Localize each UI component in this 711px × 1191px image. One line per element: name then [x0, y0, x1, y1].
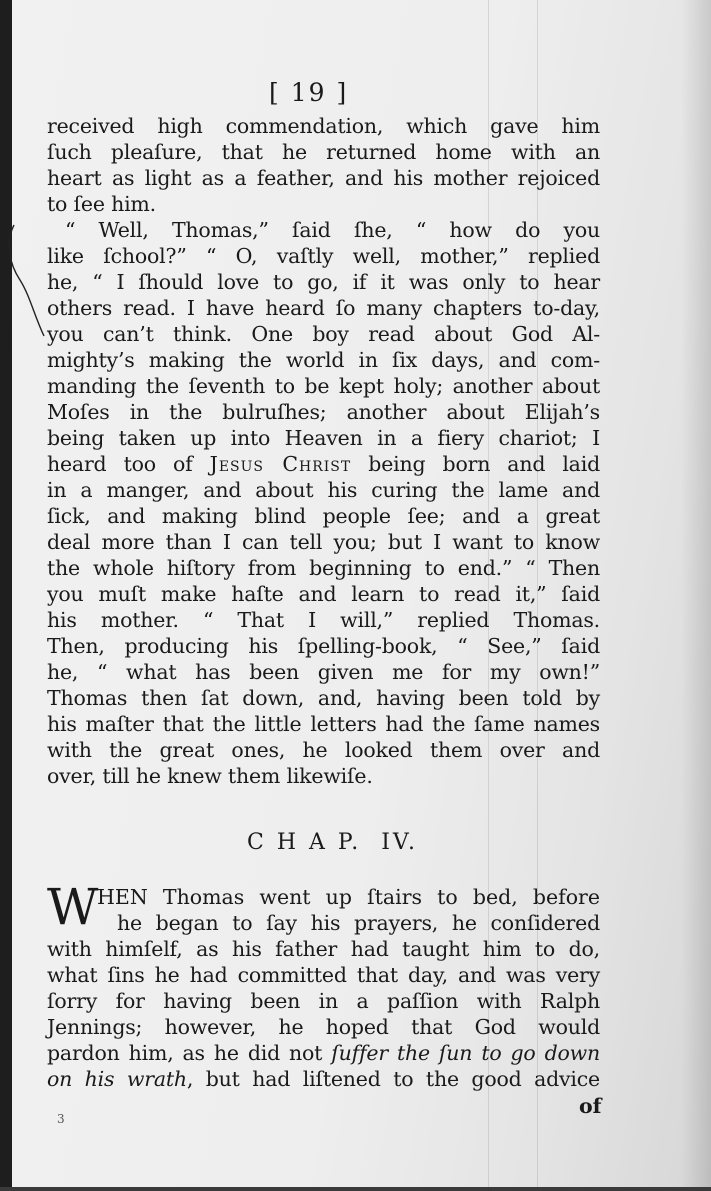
text-line: to ſee him.	[47, 191, 600, 217]
italic-quote: on his wrath	[47, 1067, 187, 1091]
catchword: of	[579, 1094, 602, 1118]
text-line: received high commendation, which gave h…	[47, 113, 600, 139]
signature-mark: 3	[57, 1112, 65, 1126]
text-run: heard too of	[47, 452, 210, 476]
text-line: heart as light as a feather, and his mot…	[47, 165, 600, 191]
text-line: you muſt make haſte and learn to read it…	[47, 581, 600, 607]
text-line: others read. I have heard ſo many chapte…	[47, 295, 600, 321]
text-line: on his wrath, but had liſtened to the go…	[47, 1066, 600, 1092]
text-line: ſick, and making blind people ſee; and a…	[47, 503, 600, 529]
text-line: Thomas then ſat down, and, having been t…	[47, 685, 600, 711]
jesus-christ-smallcaps: Jesus Christ	[210, 452, 352, 476]
scan-bottom-border	[0, 1187, 711, 1191]
text-line: he, “ I ſhould love to go, if it was onl…	[47, 269, 600, 295]
drop-cap: W	[47, 882, 98, 932]
text-run: being born and laid	[351, 452, 600, 476]
text-line: in a manger, and about his curing the la…	[47, 477, 600, 503]
scan-right-shadow	[681, 0, 711, 1191]
text-line: deal more than I can tell you; but I wan…	[47, 529, 600, 555]
text-line: Moſes in the bulruſhes; another about El…	[47, 399, 600, 425]
text-line: HEN Thomas went up ſtairs to bed, before	[97, 884, 600, 910]
text-line: manding the ſeventh to be kept holy; ano…	[47, 373, 600, 399]
text-line: his mother. “ That I will,” replied Thom…	[47, 607, 600, 633]
text-line: the whole hiſtory from beginning to end.…	[47, 555, 600, 581]
text-line: with himſelf, as his father had taught h…	[47, 936, 600, 962]
italic-quote: ſuffer the ſun to go down	[331, 1041, 600, 1065]
text-line: with the great ones, he looked them over…	[47, 737, 600, 763]
text-line: what ſins he had committed that day, and…	[47, 962, 600, 988]
text-line: like ſchool?” “ O, vaſtly well, mother,”…	[47, 243, 600, 269]
text-line: “ Well, Thomas,” ſaid ſhe, “ how do you	[47, 217, 600, 243]
page-number: [ 19 ]	[269, 78, 348, 107]
text-line: Jennings; however, he hoped that God wou…	[47, 1014, 600, 1040]
text-run: , but had liſtened to the good advice	[187, 1067, 600, 1091]
text-line: ſuch pleaſure, that he returned home wit…	[47, 139, 600, 165]
text-line: ſorry for having been in a paſſion with …	[47, 988, 600, 1014]
text-line: over, till he knew them likewiſe.	[47, 763, 600, 789]
text-line: pardon him, as he did not ſuffer the ſun…	[47, 1040, 600, 1066]
text-run: pardon him, as he did not	[47, 1041, 331, 1065]
text-line: he began to ſay his prayers, he conſider…	[117, 910, 600, 936]
chapter-heading: C H A P. IV.	[247, 830, 418, 855]
text-line: Then, producing his ſpelling-book, “ See…	[47, 633, 600, 659]
text-line: mighty’s making the world in ſix days, a…	[47, 347, 600, 373]
text-line: his maſter that the little letters had t…	[47, 711, 600, 737]
text-line: he, “ what has been given me for my own!…	[47, 659, 600, 685]
text-line: being taken up into Heaven in a fiery ch…	[47, 425, 600, 451]
text-line: heard too of Jesus Christ being born and…	[47, 451, 600, 477]
scanned-page: [ 19 ] received high commendation, which…	[0, 0, 711, 1191]
text-line: you can’t think. One boy read about God …	[47, 321, 600, 347]
